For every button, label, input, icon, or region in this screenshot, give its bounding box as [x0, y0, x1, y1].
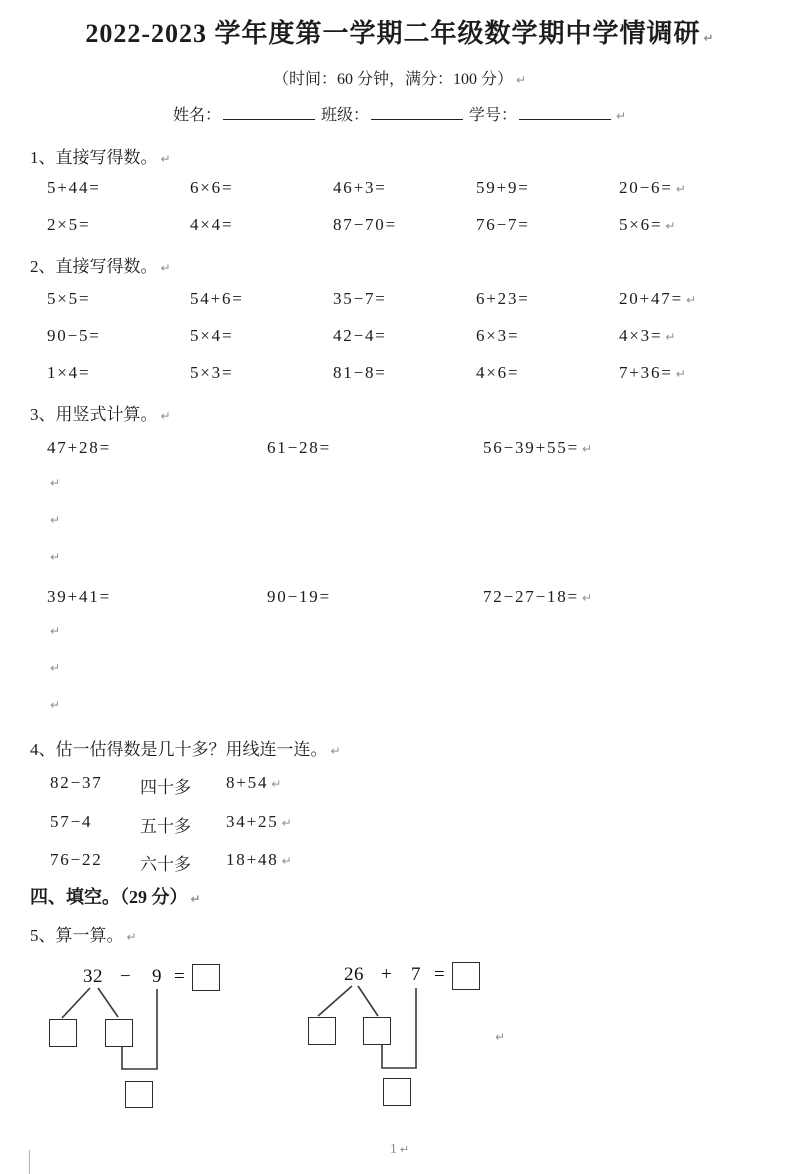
equation: 1×4= [47, 363, 190, 383]
question3-row2: 39+41= 90−19= 72−27−18=↵ [47, 587, 747, 607]
question5-heading: 5、算一算。↵ [30, 921, 137, 946]
paragraph-mark-icon: ↵ [127, 930, 137, 944]
paragraph-mark-icon: ↵ [161, 261, 171, 275]
answer-box [192, 964, 220, 991]
equation: 35−7= [333, 289, 476, 309]
paragraph-mark-icon: ↵ [676, 182, 686, 196]
empty-line: ↵ [492, 1030, 505, 1045]
answer-box [308, 1017, 336, 1045]
equation: 5×6=↵ [619, 215, 757, 235]
answer-box [452, 962, 480, 990]
equation: 42−4= [333, 326, 476, 346]
equation: 2×5= [47, 215, 190, 235]
equation: 82−37 [50, 773, 140, 798]
class-label: 班级： [321, 107, 369, 124]
paragraph-mark-icon: ↵ [331, 744, 341, 758]
equation: 76−22 [50, 850, 140, 875]
question2-row3: 1×4= 5×3= 81−8= 4×6= 7+36=↵ [47, 363, 757, 383]
paragraph-mark-icon: ↵ [161, 152, 171, 166]
equation: 8+54↵ [226, 773, 380, 798]
paragraph-mark-icon: ↵ [665, 330, 675, 344]
equation: 90−5= [47, 326, 190, 346]
equation: 6×6= [190, 178, 333, 198]
paragraph-mark-icon: ↵ [50, 624, 60, 638]
equation: 46+3= [333, 178, 476, 198]
question4-row1: 82−37 四十多 8+54↵ [50, 773, 380, 798]
equation: 18+48↵ [226, 850, 380, 875]
equation: 5×4= [190, 326, 333, 346]
question4-row3: 76−22 六十多 18+48↵ [50, 850, 380, 875]
equation: 39+41= [47, 587, 267, 607]
paragraph-mark-icon: ↵ [282, 816, 292, 830]
equation: 87−70= [333, 215, 476, 235]
student-id-blank-underline [519, 103, 611, 120]
question1-row1: 5+44= 6×6= 46+3= 59+9= 20−6=↵ [47, 178, 757, 198]
equation: 81−8= [333, 363, 476, 383]
paragraph-mark-icon: ↵ [282, 854, 292, 868]
equation: 4×4= [190, 215, 333, 235]
paragraph-mark-icon: ↵ [676, 367, 686, 381]
equation: 72−27−18=↵ [483, 587, 747, 607]
equation: 5×5= [47, 289, 190, 309]
estimate-label: 四十多 [140, 773, 226, 798]
answer-box [105, 1019, 133, 1047]
equation: 61−28= [267, 438, 483, 458]
equation: 54+6= [190, 289, 333, 309]
empty-line: ↵ [47, 476, 60, 491]
paragraph-mark-icon: ↵ [50, 513, 60, 527]
equals-sign: = [174, 966, 185, 988]
equation: 59+9= [476, 178, 619, 198]
question3-row1: 47+28= 61−28= 56−39+55=↵ [47, 438, 747, 458]
empty-line: ↵ [47, 513, 60, 528]
question4-heading: 4、估一估得数是几十多？用线连一连。↵ [30, 735, 341, 760]
question1-row2: 2×5= 4×4= 87−70= 76−7= 5×6=↵ [47, 215, 757, 235]
minus-operator: − [120, 966, 131, 988]
equation: 90−19= [267, 587, 483, 607]
paragraph-mark-icon: ↵ [161, 409, 171, 423]
equation: 20−6=↵ [619, 178, 757, 198]
paragraph-mark-icon: ↵ [665, 219, 675, 233]
worksheet-page: 2022-2023 学年度第一学期二年级数学期中学情调研↵ （时间：60 分钟，… [0, 0, 799, 1174]
question3-heading: 3、用竖式计算。↵ [30, 400, 171, 425]
student-id-label: 学号： [469, 107, 517, 124]
answer-box [363, 1017, 391, 1045]
paragraph-mark-icon: ↵ [271, 777, 281, 791]
name-label: 姓名： [173, 107, 221, 124]
equation: 5×3= [190, 363, 333, 383]
question2-row2: 90−5= 5×4= 42−4= 6×3= 4×3=↵ [47, 326, 757, 346]
equation: 7+36=↵ [619, 363, 757, 383]
empty-line: ↵ [47, 661, 60, 676]
number-bond-diagram-addition: 26 + 7 = [300, 958, 500, 1118]
question2-row1: 5×5= 54+6= 35−7= 6+23= 20+47=↵ [47, 289, 757, 309]
paragraph-mark-icon: ↵ [50, 698, 60, 712]
equation: 4×3=↵ [619, 326, 757, 346]
name-blank-underline [223, 103, 315, 120]
exam-info-text: （时间：60 分钟，满分：100 分） [273, 71, 513, 88]
minuend-number: 32 [83, 966, 103, 988]
question4-row2: 57−4 五十多 34+25↵ [50, 812, 380, 837]
answer-box [125, 1081, 153, 1108]
equals-sign: = [434, 964, 445, 986]
paragraph-mark-icon: ↵ [516, 73, 526, 87]
subtrahend-number: 9 [152, 966, 162, 988]
section4-heading: 四、填空。（29 分）↵ [30, 883, 201, 909]
equation: 6×3= [476, 326, 619, 346]
paragraph-mark-icon: ↵ [582, 591, 592, 605]
paragraph-mark-icon: ↵ [400, 1143, 409, 1156]
addend-number: 7 [411, 964, 421, 986]
student-info-line: 姓名： 班级： 学号：↵ [0, 102, 799, 125]
paragraph-mark-icon: ↵ [616, 109, 626, 123]
paragraph-mark-icon: ↵ [704, 31, 714, 45]
empty-line: ↵ [47, 624, 60, 639]
exam-info: （时间：60 分钟，满分：100 分）↵ [0, 66, 799, 89]
augend-number: 26 [344, 964, 364, 986]
equation: 76−7= [476, 215, 619, 235]
paragraph-mark-icon: ↵ [582, 442, 592, 456]
empty-line: ↵ [47, 550, 60, 565]
paragraph-mark-icon: ↵ [50, 661, 60, 675]
page-title-text: 2022-2023 学年度第一学期二年级数学期中学情调研 [85, 19, 700, 48]
answer-box [49, 1019, 77, 1047]
question1-heading: 1、直接写得数。↵ [30, 143, 171, 168]
class-blank-underline [371, 103, 463, 120]
equation: 47+28= [47, 438, 267, 458]
plus-operator: + [381, 964, 392, 986]
paragraph-mark-icon: ↵ [50, 550, 60, 564]
estimate-label: 六十多 [140, 850, 226, 875]
equation: 34+25↵ [226, 812, 380, 837]
equation: 56−39+55=↵ [483, 438, 747, 458]
page-title: 2022-2023 学年度第一学期二年级数学期中学情调研↵ [0, 13, 799, 50]
equation: 6+23= [476, 289, 619, 309]
page-number: 1↵ [0, 1142, 799, 1158]
paragraph-mark-icon: ↵ [686, 293, 696, 307]
equation: 57−4 [50, 812, 140, 837]
equation: 5+44= [47, 178, 190, 198]
paragraph-mark-icon: ↵ [495, 1030, 505, 1044]
estimate-label: 五十多 [140, 812, 226, 837]
equation: 4×6= [476, 363, 619, 383]
answer-box [383, 1078, 411, 1106]
question2-heading: 2、直接写得数。↵ [30, 252, 171, 277]
page-margin-mark [29, 1150, 30, 1174]
paragraph-mark-icon: ↵ [191, 892, 201, 906]
paragraph-mark-icon: ↵ [50, 476, 60, 490]
number-bond-diagram-subtraction: 32 − 9 = [45, 958, 245, 1118]
equation: 20+47=↵ [619, 289, 757, 309]
empty-line: ↵ [47, 698, 60, 713]
